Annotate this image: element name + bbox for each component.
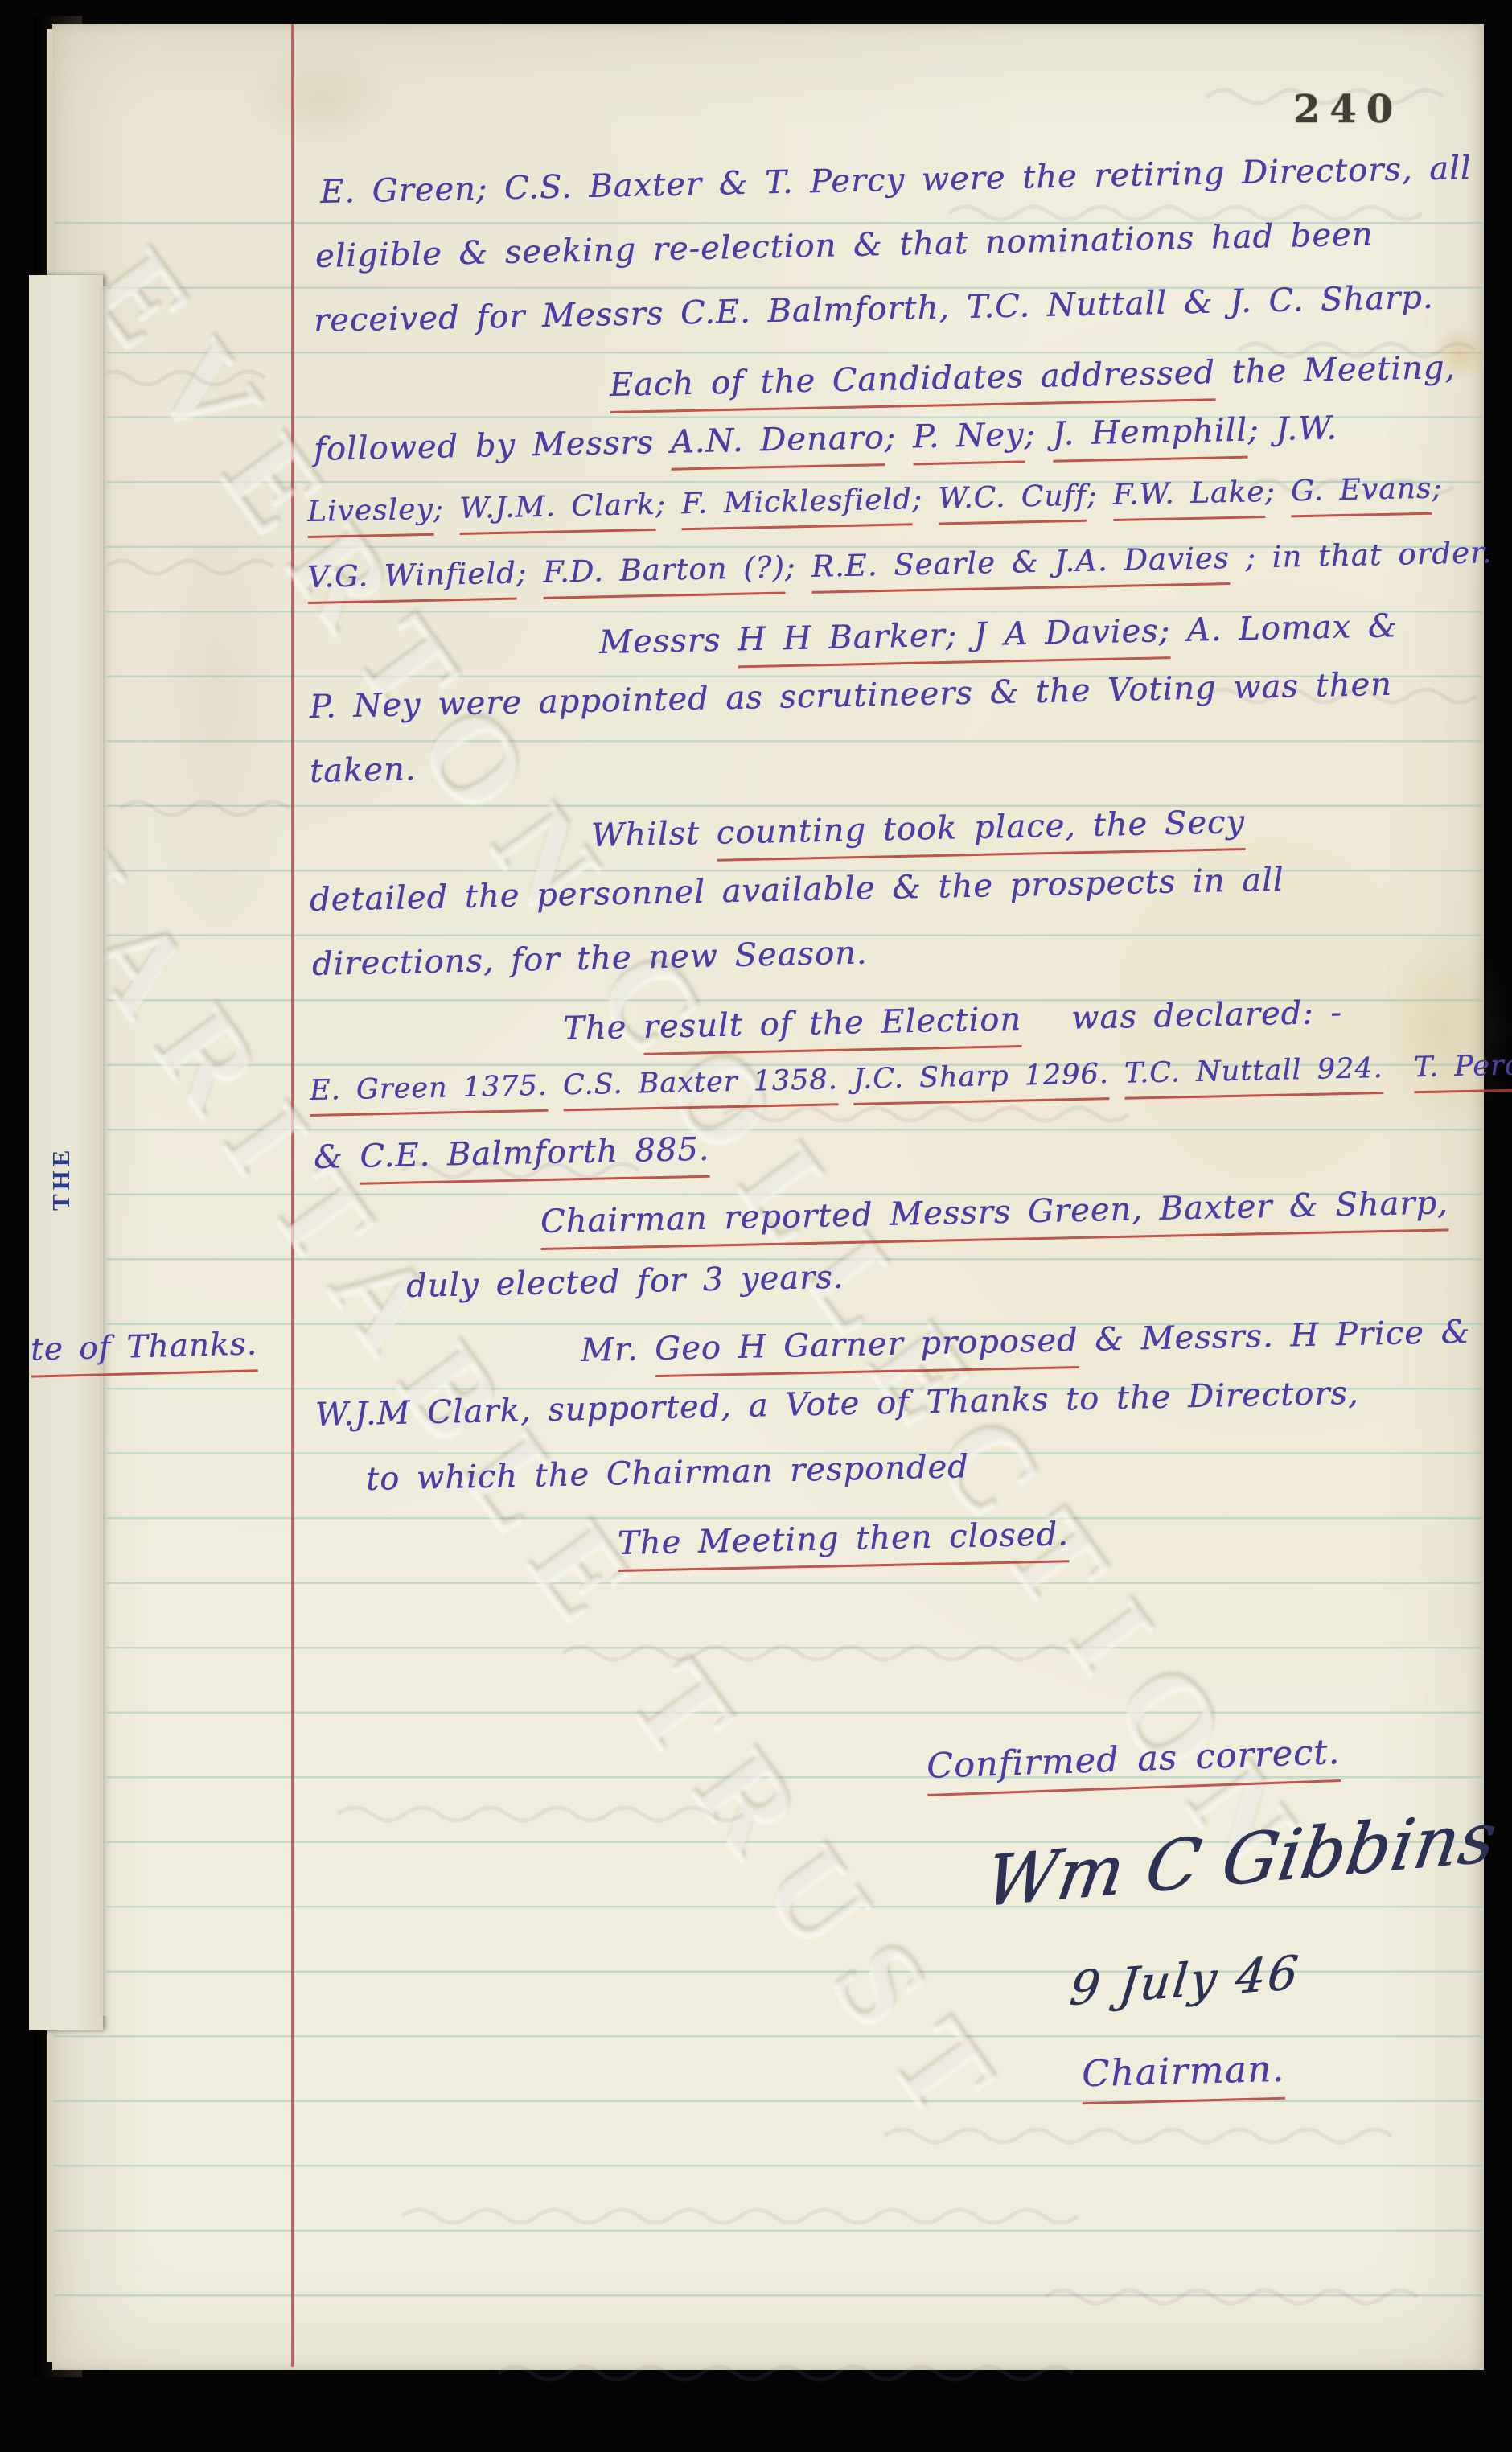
text-segment: ; xyxy=(1024,416,1053,454)
text-segment: ; in that order. xyxy=(1229,535,1493,575)
text-segment: taken. xyxy=(310,751,417,790)
text-segment: ; xyxy=(884,418,913,456)
text-segment: ; xyxy=(516,555,543,590)
underlined-segment: T. Percy 902 xyxy=(1413,1047,1512,1093)
underlined-segment: R.E. Searle & J.A. Davies xyxy=(811,541,1231,594)
tab-the-label: THE xyxy=(47,1146,76,1211)
underlined-segment: F. Micklesfield xyxy=(681,483,913,530)
underlined-segment: A.N. Denaro xyxy=(670,419,885,471)
text-segment: ; xyxy=(433,492,459,526)
underlined-segment: Livesley xyxy=(307,493,434,538)
underlined-segment: The Meeting then closed. xyxy=(618,1516,1070,1572)
text-segment: ; xyxy=(784,549,811,585)
red-margin-rule xyxy=(291,24,294,2367)
underlined-segment: G. Evans xyxy=(1291,472,1432,518)
text-segment: Mr. xyxy=(581,1331,655,1369)
text-segment: the Meeting, xyxy=(1214,349,1456,391)
underlined-segment: result of the Election xyxy=(643,1001,1021,1055)
underlined-segment: T.C. Nuttall 924. xyxy=(1124,1052,1383,1100)
underlined-segment: W.C. Cuff xyxy=(938,479,1087,525)
text-segment xyxy=(547,1069,563,1101)
underlined-segment: H H Barker; J A Davies; xyxy=(738,612,1171,668)
text-segment: Whilst xyxy=(591,815,717,854)
text-segment: ; xyxy=(911,483,938,516)
text-segment: was declared: - xyxy=(1021,994,1342,1038)
manuscript-line: taken. xyxy=(310,751,417,790)
text-segment xyxy=(837,1063,853,1096)
text-segment: A. Lomax & xyxy=(1170,607,1398,649)
text-segment: Messrs xyxy=(599,621,738,661)
page-number-stamp: 240 xyxy=(1293,87,1403,132)
underlined-segment: E. Green 1375. xyxy=(310,1070,549,1117)
underlined-segment: W.J.M. Clark xyxy=(459,488,656,535)
previous-page-tab-edge xyxy=(100,286,108,2016)
chairman-title: Chairman. xyxy=(1081,2047,1285,2096)
text-segment: ; xyxy=(1264,475,1291,508)
text-segment: ; J.W. xyxy=(1247,409,1338,448)
text-segment xyxy=(1383,1051,1414,1084)
text-segment: ; xyxy=(1432,471,1443,504)
text-segment: ; xyxy=(1087,479,1113,512)
underlined-segment: C.S. Baxter 1358. xyxy=(562,1063,838,1111)
text-segment: & xyxy=(314,1138,360,1176)
underlined-segment: Geo H Garner proposed xyxy=(655,1322,1079,1377)
underlined-segment: P. Ney xyxy=(912,417,1025,466)
underlined-segment: C.E. Balmforth 885. xyxy=(360,1131,710,1185)
text-segment: ; xyxy=(655,488,681,521)
text-segment: The xyxy=(563,1009,644,1047)
underlined-segment: F.W. Lake xyxy=(1112,475,1265,521)
text-segment: followed by Messrs xyxy=(314,424,672,468)
underlined-segment: J.C. Sharp 1296. xyxy=(853,1058,1109,1105)
manuscript-line: & C.E. Balmforth 885. xyxy=(314,1131,710,1176)
minute-book-photo: EVERTON COLLECTION CHARITABLE TRUST 240 … xyxy=(0,0,1512,2452)
margin-note-vote-of-thanks: te of Thanks. xyxy=(30,1326,257,1368)
underlined-segment: F.D. Barton (?) xyxy=(542,550,785,599)
text-segment xyxy=(1108,1058,1124,1090)
underlined-segment: J. Hemphill xyxy=(1052,412,1248,463)
underlined-segment: V.G. Winfield xyxy=(307,556,517,604)
